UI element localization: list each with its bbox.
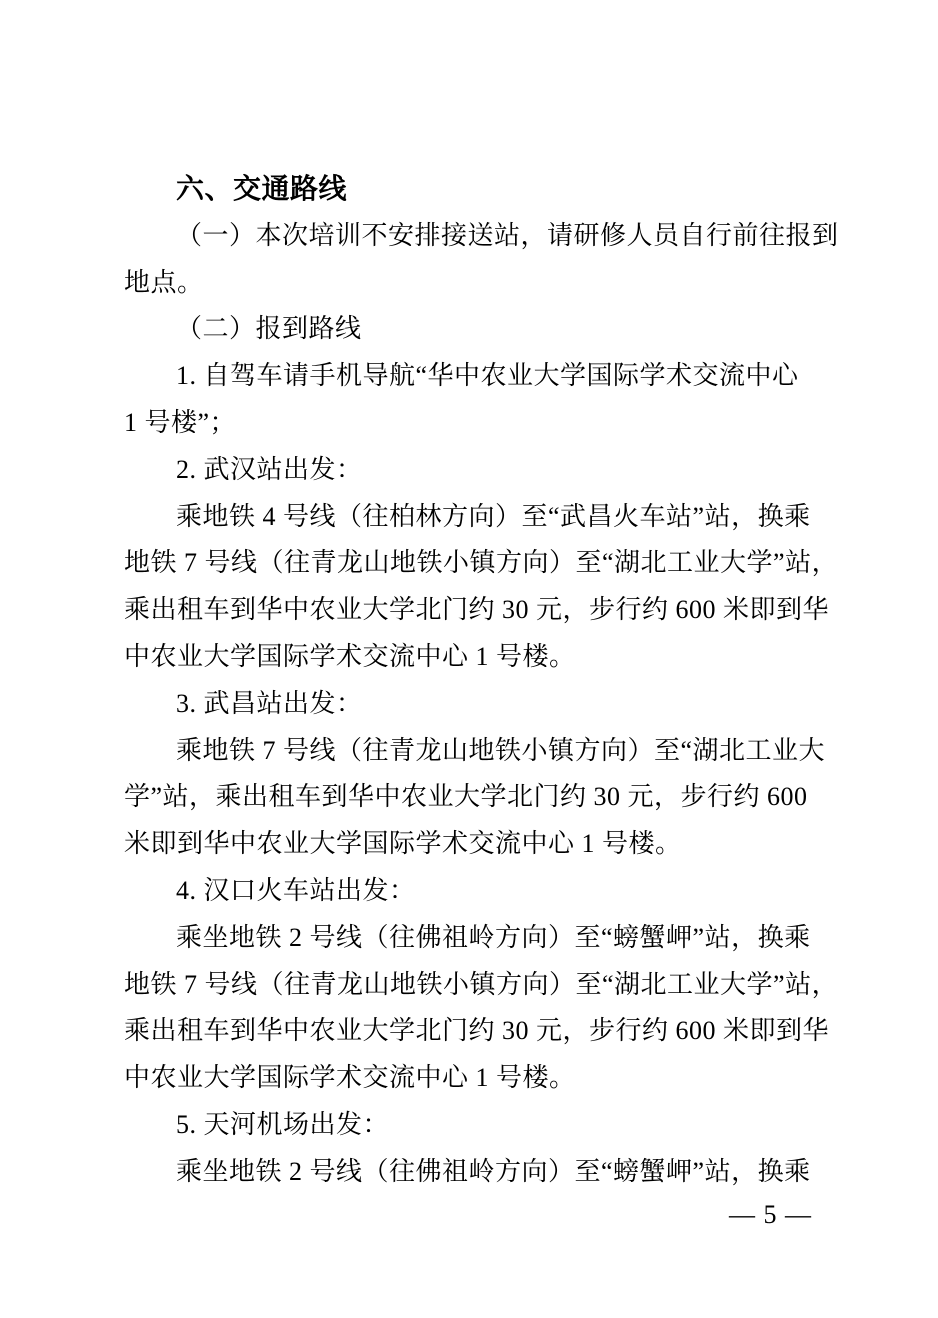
doc-line: 地点。: [124, 260, 838, 307]
doc-line: 乘地铁 4 号线（往柏林方向）至“武昌火车站”站，换乘: [124, 494, 838, 541]
doc-line: 乘坐地铁 2 号线（往佛祖岭方向）至“螃蟹岬”站，换乘: [124, 1149, 838, 1196]
doc-line: 地铁 7 号线（往青龙山地铁小镇方向）至“湖北工业大学”站，: [124, 962, 838, 1009]
section-heading: 六、交通路线: [124, 166, 838, 213]
list-item-heading: 5. 天河机场出发：: [124, 1102, 838, 1149]
doc-line: （一）本次培训不安排接送站，请研修人员自行前往报到: [124, 213, 838, 260]
doc-line: 乘出租车到华中农业大学北门约 30 元，步行约 600 米即到华: [124, 1008, 838, 1055]
list-item-heading: 3. 武昌站出发：: [124, 681, 838, 728]
doc-line: 地铁 7 号线（往青龙山地铁小镇方向）至“湖北工业大学”站，: [124, 540, 838, 587]
doc-line: 1 号楼”；: [124, 400, 838, 447]
document-page: 六、交通路线 （一）本次培训不安排接送站，请研修人员自行前往报到 地点。 （二）…: [0, 0, 938, 1318]
doc-line: 中农业大学国际学术交流中心 1 号楼。: [124, 634, 838, 681]
doc-line: 米即到华中农业大学国际学术交流中心 1 号楼。: [124, 821, 838, 868]
document-body: 六、交通路线 （一）本次培训不安排接送站，请研修人员自行前往报到 地点。 （二）…: [124, 166, 838, 1196]
doc-line: 中农业大学国际学术交流中心 1 号楼。: [124, 1055, 838, 1102]
doc-line: 乘出租车到华中农业大学北门约 30 元，步行约 600 米即到华: [124, 587, 838, 634]
page-number: — 5 —: [729, 1200, 812, 1230]
list-item-heading: 4. 汉口火车站出发：: [124, 868, 838, 915]
doc-line: 学”站，乘出租车到华中农业大学北门约 30 元，步行约 600: [124, 774, 838, 821]
doc-line: 1. 自驾车请手机导航“华中农业大学国际学术交流中心: [124, 353, 838, 400]
doc-line: 乘地铁 7 号线（往青龙山地铁小镇方向）至“湖北工业大: [124, 728, 838, 775]
doc-line: 乘坐地铁 2 号线（往佛祖岭方向）至“螃蟹岬”站，换乘: [124, 915, 838, 962]
list-item-heading: 2. 武汉站出发：: [124, 447, 838, 494]
subsection-heading: （二）报到路线: [124, 306, 838, 353]
